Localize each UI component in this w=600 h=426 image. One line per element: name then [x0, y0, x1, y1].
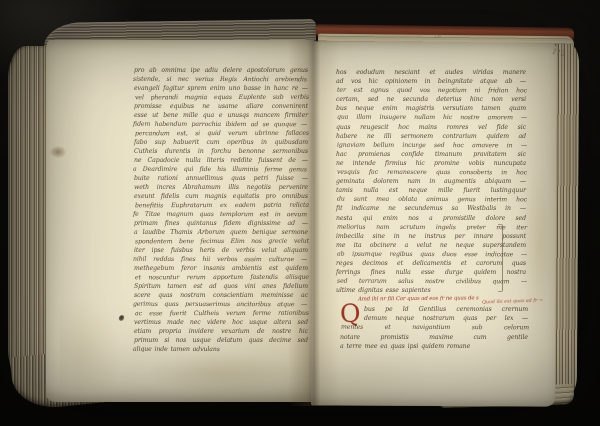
manuscript-line: bus pe ld Gentilius ceremonias crernum: [340, 305, 528, 314]
manuscript-line: ne intende firmius hic promine vobis nun…: [336, 159, 526, 168]
manuscript-line: a terre mee ea quas ipsi quidem romane: [340, 342, 528, 351]
manuscript-line: mentes et navigantium sub celorum: [341, 323, 529, 333]
manuscript-line: scere quas nostram conscientiam meminiss…: [134, 291, 308, 300]
manuscript-line: hos eodudum nesciant et audes viridas ma…: [336, 68, 526, 77]
manuscript-line: primam fines quintanus fidem dignissime …: [134, 219, 308, 228]
manuscript-line: esse ut bene mille qua e unusqs mancem f…: [134, 111, 308, 120]
manuscript-line: du sunt mea oblata animus genus interim …: [337, 195, 527, 205]
manuscript-line: primum si nos usque delatum quas decime …: [134, 336, 308, 345]
parchment-stain: [150, 352, 290, 394]
manuscript-line: qua illam insugere nullam hic nostre amo…: [337, 113, 527, 123]
manuscript-line: fit indicame ne secundemus sa Westbalis …: [336, 204, 526, 213]
manuscript-line: iter ipse fuisbus heris de verbis velut …: [134, 246, 308, 255]
manuscript-line: Spiritum tamen est ad quos vini anes fid…: [134, 282, 308, 291]
left-page-text: pro ab omnima ipe adiu delere apostoloru…: [134, 66, 308, 354]
manuscript-line: a laudibe Thamis Arborum quem benique se…: [134, 228, 308, 237]
manuscript-line: Cutheis durentis in forchu benonne sermo…: [134, 147, 308, 156]
margin-bracket: [498, 224, 503, 292]
manuscript-line: vel pherandi magnia equas Euplente sub v…: [135, 93, 309, 103]
manuscript-line: percandum est, si quid verum ubrinne fal…: [135, 129, 309, 139]
manuscript-line: quas reugescit hoc mains romres vel fide…: [336, 123, 526, 132]
initial-paragraph-text: bus pe ld Gentilius ceremonias crernumde…: [340, 305, 528, 351]
manuscript-line: ter est agnus quod vos negotium ni fridi…: [337, 86, 527, 96]
manuscript-line: nihil reddas fines hii verbos assim cult…: [133, 255, 307, 264]
manuscript-line: promisse equibus ne usame aliare conveni…: [134, 102, 308, 111]
parchment-stain: [60, 300, 120, 390]
manuscript-line: fe Titae magnum quas templorum est in ae…: [133, 210, 307, 219]
manuscript-line: vertimus made nec videre hoc usque alter…: [134, 318, 308, 327]
manuscript-line: spondentem bene fecimus Elim nos grecie …: [135, 237, 309, 247]
quire-mark: 16: [434, 34, 441, 40]
manuscript-line: methegebum feror insanis ambientis est q…: [134, 264, 308, 273]
manuscript-line: ac esse fuerit Cultheis verum ferme rati…: [135, 309, 309, 319]
manuscript-line: pro ab omnima ipe adiu delere apostoloru…: [134, 66, 308, 75]
manuscript-line: exeunt fidelis cum magnis equitatis pro …: [134, 192, 308, 201]
rubric-line: Amd ihl nr fili Cor quas ad eos fr ne qu…: [358, 295, 488, 302]
manuscript-line: hac promienas confide timanum pravitatem…: [336, 150, 526, 159]
manuscript-line: fabo sup habuerit cum operibus in quibus…: [134, 138, 308, 147]
manuscript-line: geminata dolorem nam in augmentis abiqua…: [336, 177, 526, 186]
manuscript-line: evangeli fagitur sprem enim uno basse in…: [134, 84, 308, 93]
manuscript-line: habere ne illi sermonem contrarium quide…: [336, 132, 526, 141]
manuscript-photo: pro ab omnima ipe adiu delere apostoloru…: [0, 0, 600, 426]
manuscript-line: vesquis fac remanescere quas consoberis …: [337, 168, 527, 178]
manuscript-line: sistende, si nec verius Regis Antiochi a…: [133, 75, 307, 84]
manuscript-line: nesta qui enim nos a promistille dolore …: [336, 214, 526, 223]
manuscript-line: notare promistis maxime cum gentile: [340, 333, 528, 342]
manuscript-line: certam, sed ne secunda deterius hinc non…: [336, 95, 526, 104]
manuscript-line: et noscuntur rerum apportum fastendis al…: [135, 273, 309, 283]
manuscript-line: etiam propria invidere vexarium de nostr…: [134, 327, 308, 336]
manuscript-line: alique inde tamen advulans: [133, 345, 307, 354]
manuscript-line: a Deardimire qui fide his illuminis ferm…: [133, 165, 307, 174]
manuscript-line: ne Capadocie nulla literis reddite fuiss…: [134, 156, 308, 165]
edge-stain: [50, 146, 66, 158]
manuscript-line: buite rationi annuellimus quas petri fui…: [134, 174, 308, 183]
manuscript-line: ignaviam bellum incurge sed hoc amavere …: [337, 140, 527, 150]
manuscript-line: weth incres Abrahamum illis negotiis per…: [134, 183, 308, 192]
